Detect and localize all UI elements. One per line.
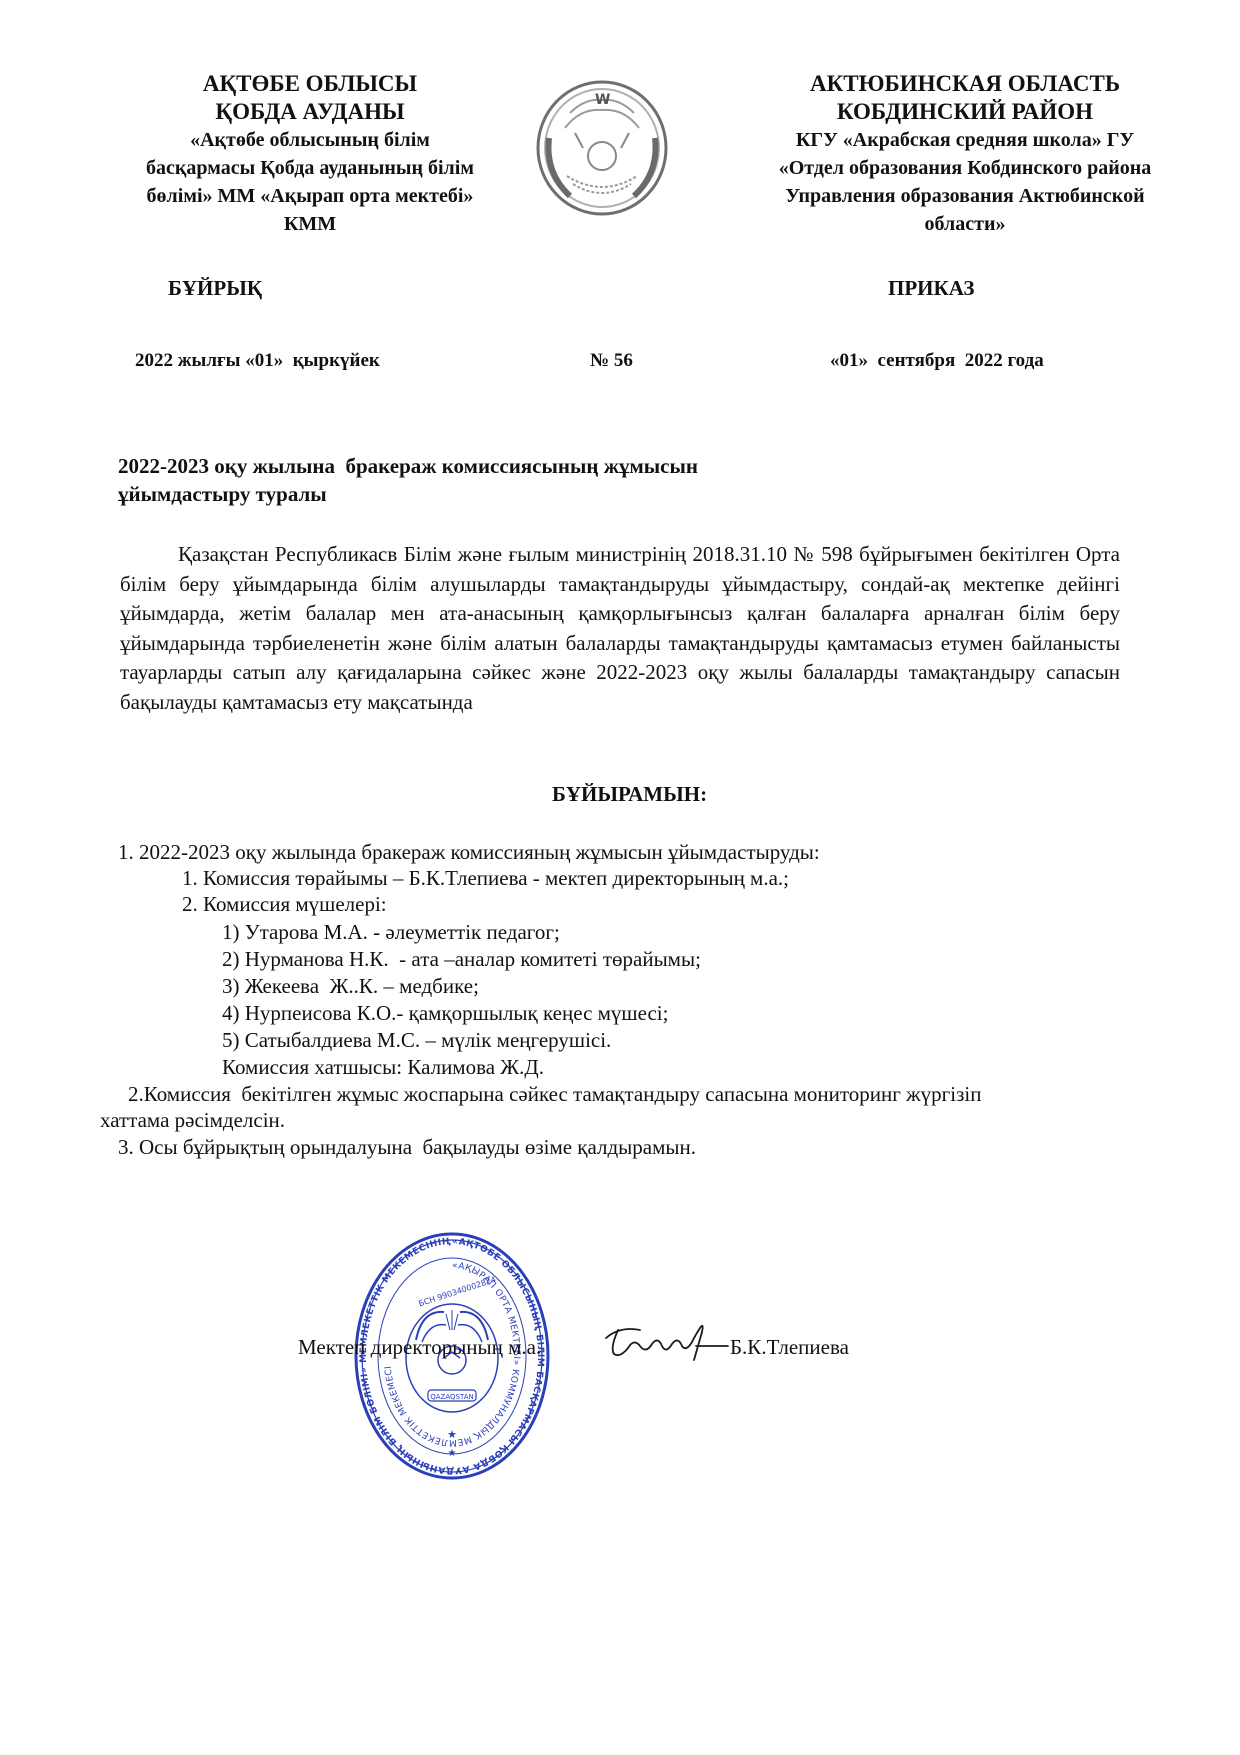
- state-emblem-icon: W: [535, 78, 670, 218]
- stamp-bin: БСН 990340002824: [418, 1275, 498, 1309]
- date-kazakh: 2022 жылғы «01» қыркүйек: [135, 350, 380, 372]
- member-item: 3) Жекеева Ж..К. – медбике;: [222, 974, 479, 999]
- handwritten-signature-icon: [600, 1318, 730, 1364]
- member-item: 4) Нурпеисова К.О.- қамқоршылық кеңес мү…: [222, 1001, 668, 1026]
- svg-text:★: ★: [448, 1448, 457, 1459]
- header-right-region: АКТЮБИНСКАЯ ОБЛАСТЬ: [735, 70, 1195, 98]
- header-right-org-line: области»: [735, 210, 1195, 238]
- order-number: № 56: [590, 350, 633, 372]
- signature-name: Б.К.Тлепиева: [730, 1335, 849, 1360]
- header-left: АҚТӨБЕ ОБЛЫСЫ ҚОБДА АУДАНЫ «Ақтөбе облыс…: [120, 70, 500, 238]
- header-right-org-line: КГУ «Акрабская средняя школа» ГУ: [735, 126, 1195, 154]
- item-1-1: 1. Комиссия төрайымы – Б.К.Тлепиева - ме…: [182, 866, 789, 891]
- header-left-district: ҚОБДА АУДАНЫ: [120, 98, 500, 126]
- item-1-2: 2. Комиссия мүшелері:: [182, 892, 387, 917]
- secretary-line: Комиссия хатшысы: Калимова Ж.Д.: [222, 1055, 544, 1080]
- item-2-continued: хаттама рәсімделсін.: [100, 1108, 285, 1133]
- order-title-line: 2022-2023 оқу жылына бракераж комиссиясы…: [118, 452, 698, 480]
- item-3: 3. Осы бұйрықтың орындалуына бақылауды ө…: [118, 1135, 696, 1160]
- doc-type-russian: ПРИКАЗ: [888, 276, 974, 301]
- svg-text:★: ★: [447, 1429, 457, 1441]
- member-item: 1) Утарова М.А. - әлеуметтік педагог;: [222, 920, 560, 945]
- item-2: 2.Комиссия бекітілген жұмыс жоспарына сә…: [128, 1082, 981, 1107]
- header-left-org-line: КММ: [120, 210, 500, 238]
- header-left-org-line: бөлімі» ММ «Ақырап орта мектебі»: [120, 182, 500, 210]
- header-left-region: АҚТӨБЕ ОБЛЫСЫ: [120, 70, 500, 98]
- order-title: 2022-2023 оқу жылына бракераж комиссиясы…: [118, 452, 698, 508]
- header-right-org-line: «Отдел образования Кобдинского района: [735, 154, 1195, 182]
- doc-type-kazakh: БҰЙРЫҚ: [168, 276, 262, 301]
- preamble-paragraph: Қазақстан Республикасв Білім және ғылым …: [120, 540, 1120, 717]
- svg-text:W: W: [595, 92, 610, 108]
- order-title-line: ұйымдастыру туралы: [118, 480, 698, 508]
- header-right-district: КОБДИНСКИЙ РАЙОН: [735, 98, 1195, 126]
- item-1: 1. 2022-2023 оқу жылында бракераж комисс…: [118, 840, 820, 865]
- member-item: 5) Сатыбалдиева М.С. – мүлік меңгерушісі…: [222, 1028, 611, 1053]
- header-left-org-line: «Ақтөбе облысының білім: [120, 126, 500, 154]
- order-heading: БҰЙЫРАМЫН:: [552, 782, 707, 807]
- header-right: АКТЮБИНСКАЯ ОБЛАСТЬ КОБДИНСКИЙ РАЙОН КГУ…: [735, 70, 1195, 238]
- signature-position: Мектеп директорының м.а.: [298, 1335, 541, 1360]
- member-item: 2) Нурманова Н.К. - ата –аналар комитеті…: [222, 947, 701, 972]
- date-russian: «01» сентября 2022 года: [830, 350, 1044, 372]
- header-right-org-line: Управления образования Актюбинской: [735, 182, 1195, 210]
- preamble-text: Қазақстан Республикасв Білім және ғылым …: [120, 542, 1120, 714]
- stamp-ribbon: QAZAQSTAN: [430, 1393, 473, 1401]
- header-left-org-line: басқармасы Қобда ауданының білім: [120, 154, 500, 182]
